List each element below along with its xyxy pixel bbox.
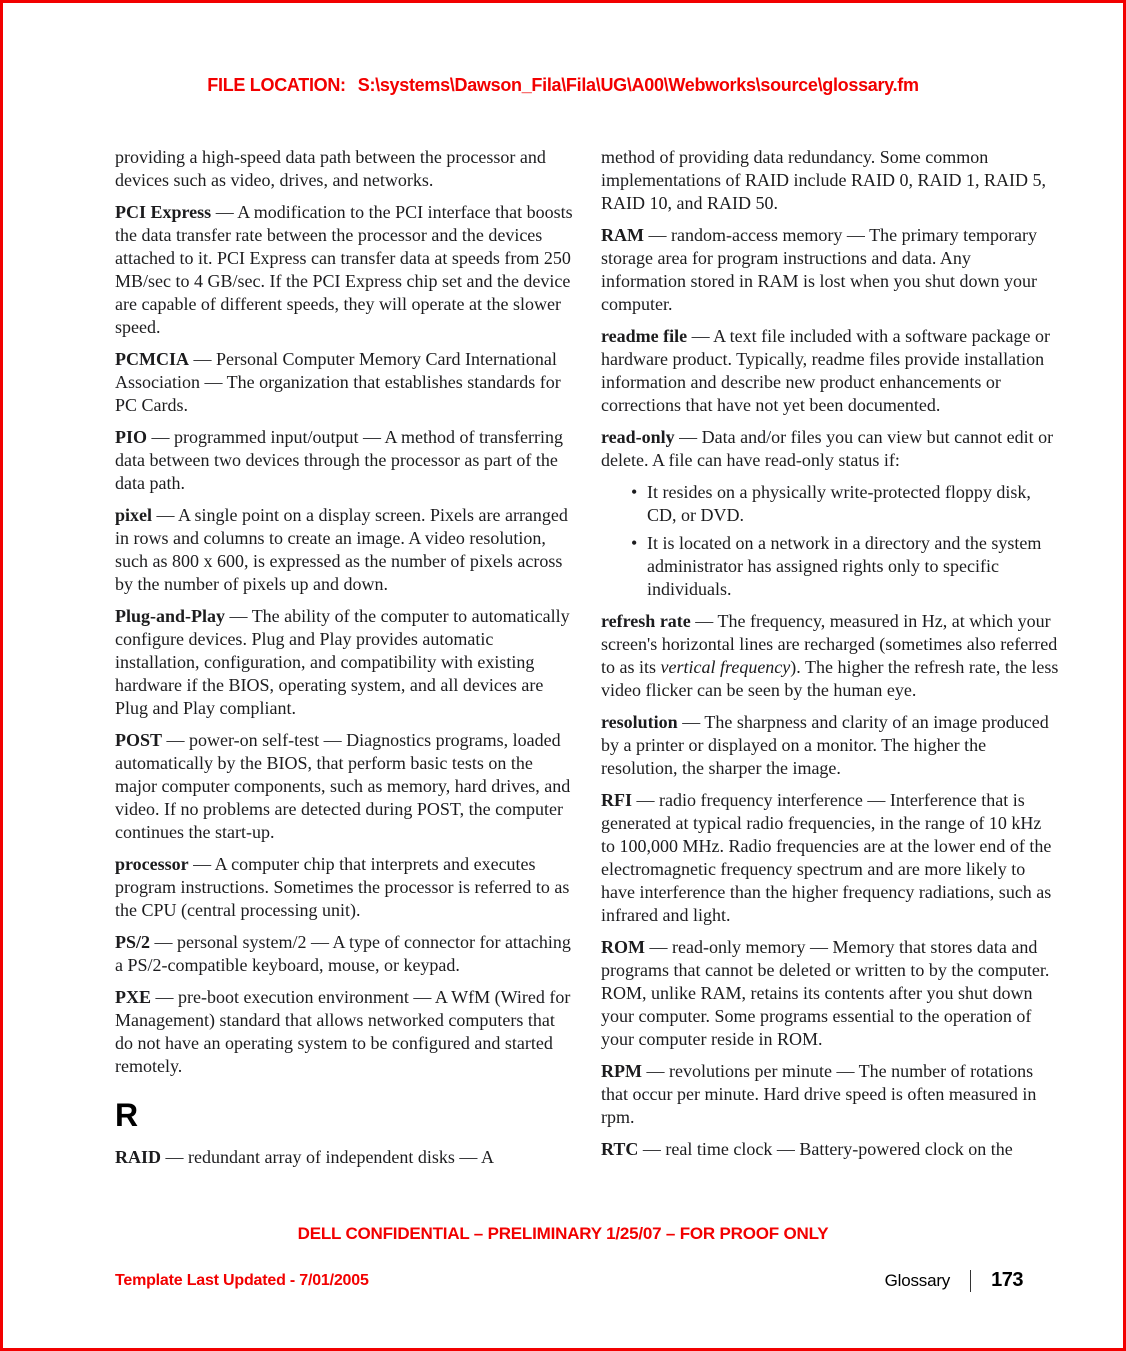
glossary-entry: resolution — The sharpness and clarity o… bbox=[601, 711, 1059, 780]
glossary-entry: PCMCIA — Personal Computer Memory Card I… bbox=[115, 348, 573, 417]
glossary-entry: ROM — read-only memory — Memory that sto… bbox=[601, 936, 1059, 1051]
file-location-path: S:\systems\Dawson_Fila\Fila\UG\A00\Webwo… bbox=[358, 75, 919, 95]
file-location-header: FILE LOCATION:S:\systems\Dawson_Fila\Fil… bbox=[3, 75, 1123, 96]
glossary-entry: RTC — real time clock — Battery-powered … bbox=[601, 1138, 1059, 1161]
glossary-entry: RAID — redundant array of independent di… bbox=[115, 1146, 573, 1169]
section-heading: R bbox=[115, 1098, 573, 1132]
glossary-entry: RPM — revolutions per minute — The numbe… bbox=[601, 1060, 1059, 1129]
page-reference: Glossary 173 bbox=[885, 1269, 1023, 1292]
glossary-entry: RAM — random-access memory — The primary… bbox=[601, 224, 1059, 316]
glossary-entry: providing a high-speed data path between… bbox=[115, 146, 573, 192]
glossary-entry: readme file — A text file included with … bbox=[601, 325, 1059, 417]
glossary-entry: PIO — programmed input/output — A method… bbox=[115, 426, 573, 495]
confidential-banner: DELL CONFIDENTIAL – PRELIMINARY 1/25/07 … bbox=[3, 1224, 1123, 1244]
file-location-label: FILE LOCATION: bbox=[207, 75, 345, 95]
glossary-columns: providing a high-speed data path between… bbox=[115, 146, 1059, 1178]
glossary-entry: processor — A computer chip that interpr… bbox=[115, 853, 573, 922]
bullet-item: It is located on a network in a director… bbox=[647, 532, 1059, 601]
glossary-entry: RFI — radio frequency interference — Int… bbox=[601, 789, 1059, 927]
glossary-entry: Plug-and-Play — The ability of the compu… bbox=[115, 605, 573, 720]
glossary-entry: PXE — pre-boot execution environment — A… bbox=[115, 986, 573, 1078]
footer-separator bbox=[970, 1270, 971, 1292]
glossary-entry: PS/2 — personal system/2 — A type of con… bbox=[115, 931, 573, 977]
glossary-entry: PCI Express — A modification to the PCI … bbox=[115, 201, 573, 339]
bullet-list: It resides on a physically write-protect… bbox=[601, 481, 1059, 601]
section-name: Glossary bbox=[885, 1271, 950, 1291]
glossary-entry: pixel — A single point on a display scre… bbox=[115, 504, 573, 596]
page-number: 173 bbox=[991, 1269, 1023, 1292]
glossary-entry: read-only — Data and/or files you can vi… bbox=[601, 426, 1059, 472]
document-page: FILE LOCATION:S:\systems\Dawson_Fila\Fil… bbox=[0, 0, 1126, 1351]
template-updated-note: Template Last Updated - 7/01/2005 bbox=[115, 1272, 369, 1290]
glossary-entry: refresh rate — The frequency, measured i… bbox=[601, 610, 1059, 702]
bullet-item: It resides on a physically write-protect… bbox=[647, 481, 1059, 527]
glossary-entry: POST — power-on self-test — Diagnostics … bbox=[115, 729, 573, 844]
page-footer: Template Last Updated - 7/01/2005 Glossa… bbox=[115, 1269, 1023, 1292]
glossary-entry: method of providing data redundancy. Som… bbox=[601, 146, 1059, 215]
glossary-column-right: method of providing data redundancy. Som… bbox=[601, 146, 1059, 1178]
glossary-column-left: providing a high-speed data path between… bbox=[115, 146, 573, 1178]
